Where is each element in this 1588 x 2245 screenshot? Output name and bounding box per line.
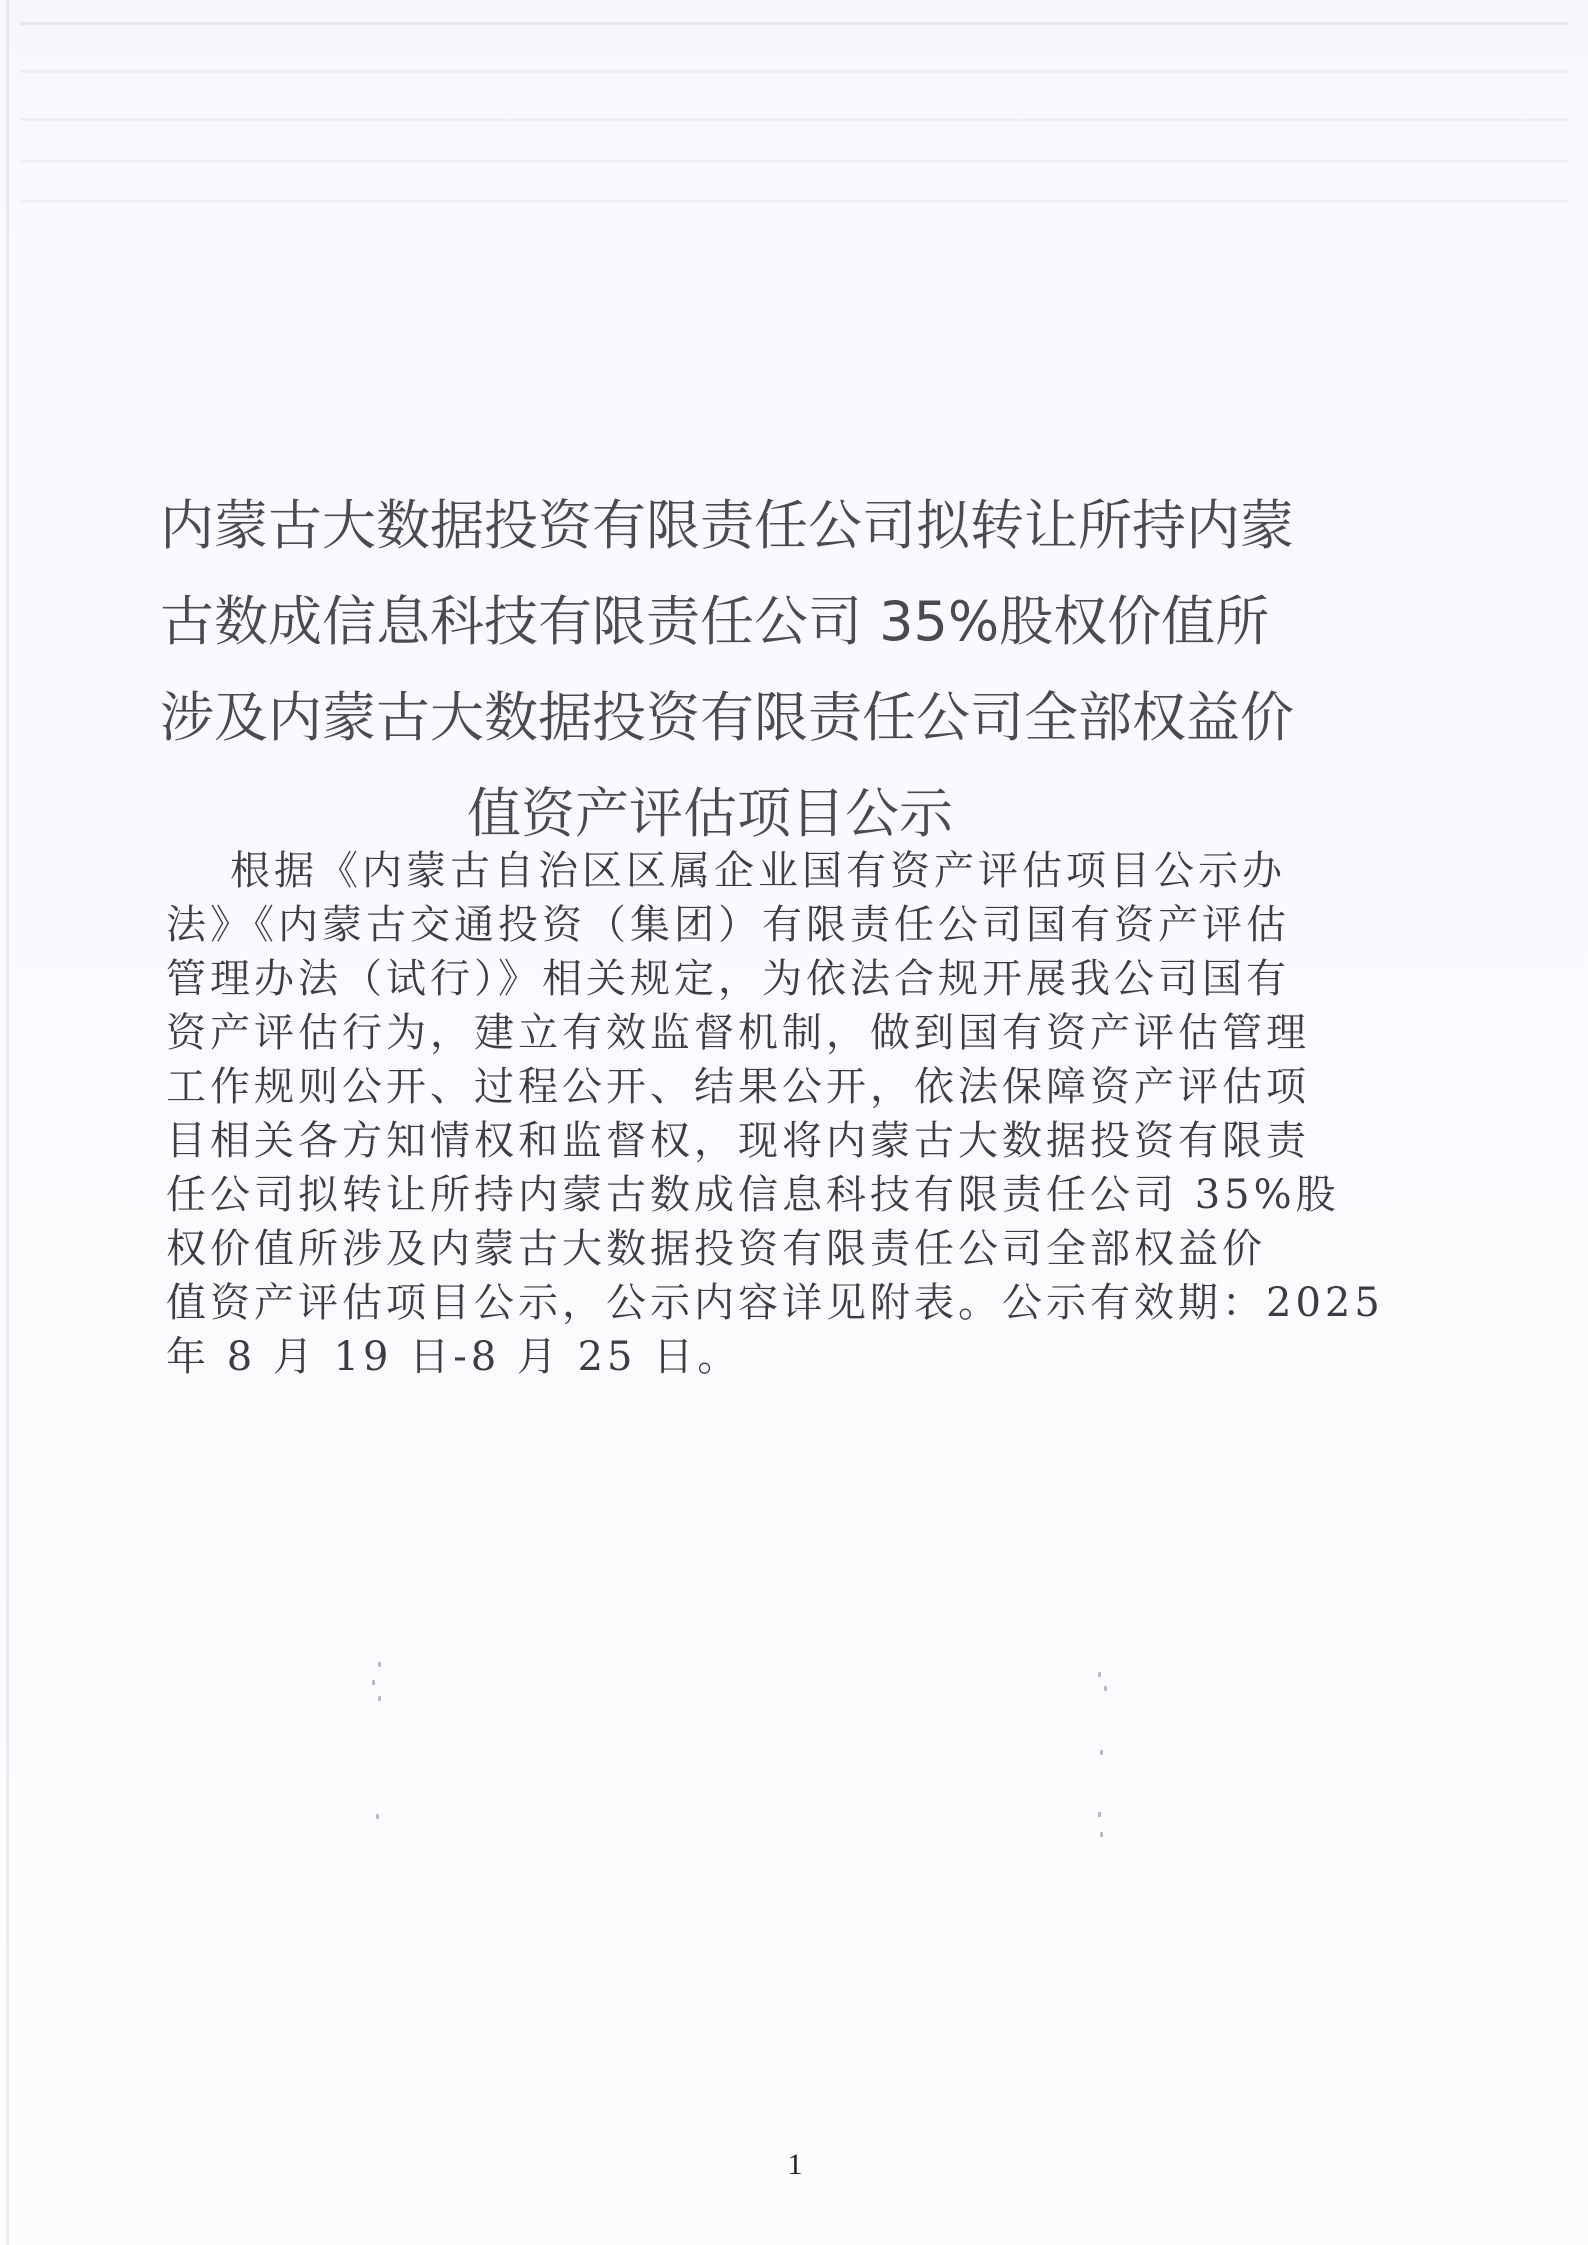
body-line: 权价值所涉及内蒙古大数据投资有限责任公司全部权益价 — [166, 1222, 1256, 1276]
scan-artifact-band — [20, 70, 1568, 73]
scan-speck — [1098, 1672, 1101, 1677]
scan-speck — [378, 1696, 381, 1701]
scan-artifact-band — [20, 118, 1568, 121]
scan-speck — [372, 1680, 375, 1685]
scan-speck — [1104, 1686, 1107, 1691]
scan-artifact-band — [20, 22, 1568, 25]
scan-artifact-band — [20, 200, 1568, 203]
body-line: 值资产评估项目公示，公示内容详见附表。公示有效期：2025 — [166, 1276, 1256, 1330]
scan-artifact-band — [20, 160, 1568, 163]
body-line: 管理办法（试行）》相关规定，为依法合规开展我公司国有 — [166, 952, 1256, 1006]
title-line: 内蒙古大数据投资有限责任公司拟转让所持内蒙 — [160, 478, 1260, 574]
scan-speck — [378, 1662, 381, 1667]
body-line: 工作规则公开、过程公开、结果公开，依法保障资产评估项 — [166, 1060, 1256, 1114]
document-body-paragraph: 根据《内蒙古自治区区属企业国有资产评估项目公示办 法》《内蒙古交通投资（集团）有… — [166, 844, 1256, 1384]
title-line: 古数成信息科技有限责任公司 35%股权价值所 — [160, 574, 1260, 670]
document-title: 内蒙古大数据投资有限责任公司拟转让所持内蒙 古数成信息科技有限责任公司 35%股… — [160, 478, 1260, 862]
title-line: 涉及内蒙古大数据投资有限责任公司全部权益价 — [160, 670, 1260, 766]
body-line: 资产评估行为，建立有效监督机制，做到国有资产评估管理 — [166, 1006, 1256, 1060]
scan-edge-artifact — [6, 0, 9, 2245]
scan-speck — [376, 1814, 379, 1819]
body-line: 任公司拟转让所持内蒙古数成信息科技有限责任公司 35%股 — [166, 1168, 1256, 1222]
scan-speck — [1100, 1832, 1103, 1837]
document-page: 内蒙古大数据投资有限责任公司拟转让所持内蒙 古数成信息科技有限责任公司 35%股… — [0, 0, 1588, 2245]
body-line: 年 8 月 19 日-8 月 25 日。 — [166, 1330, 1256, 1384]
body-line: 目相关各方知情权和监督权，现将内蒙古大数据投资有限责 — [166, 1114, 1256, 1168]
page-number: 1 — [780, 2148, 810, 2182]
body-line: 根据《内蒙古自治区区属企业国有资产评估项目公示办 — [166, 844, 1256, 898]
scan-speck — [1098, 1812, 1101, 1817]
body-line: 法》《内蒙古交通投资（集团）有限责任公司国有资产评估 — [166, 898, 1256, 952]
scan-speck — [1100, 1750, 1103, 1755]
